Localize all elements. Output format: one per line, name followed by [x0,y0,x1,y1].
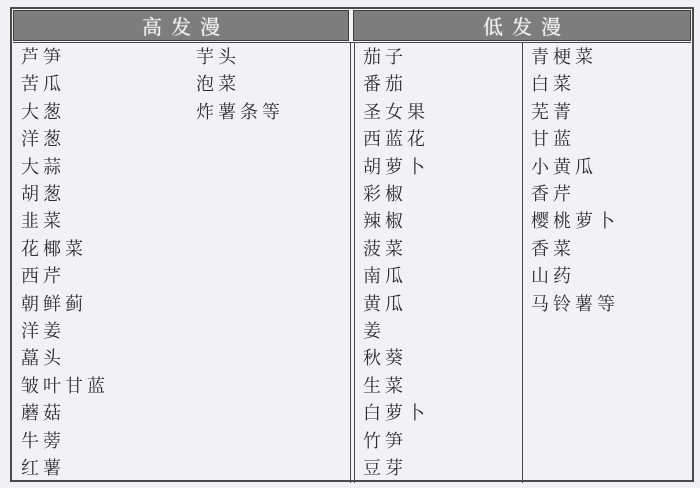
food-item: 芦笋 [21,44,188,71]
food-item: 蘑菇 [21,400,188,427]
food-item: 芜菁 [531,99,691,126]
low-fodmap-list-2: 青梗菜白菜芜菁甘蓝小黄瓜香芹樱桃萝卜香菜山药马铃薯等 [523,43,691,318]
food-item: 洋葱 [21,126,188,153]
food-item: 西蓝花 [363,126,522,153]
low-fodmap-subcell-2: 青梗菜白菜芜菁甘蓝小黄瓜香芹樱桃萝卜香菜山药马铃薯等 [523,43,691,483]
food-item: 花椰菜 [21,236,188,263]
food-item: 牛蒡 [21,428,188,455]
food-item: 香芹 [531,181,691,208]
food-item: 胡葱 [21,181,188,208]
food-item: 菠菜 [363,236,522,263]
page: { "table": { "header_left": "高发漫", "head… [0,0,700,488]
food-item: 黄瓜 [363,291,522,318]
food-item: 小黄瓜 [531,154,691,181]
food-item: 藠头 [21,345,188,372]
high-fodmap-cell: 芦笋苦瓜大葱洋葱大蒜胡葱韭菜花椰菜西芹朝鲜蓟洋姜藠头皱叶甘蓝蘑菇牛蒡红薯 芋头泡… [13,43,351,483]
high-fodmap-list-1: 芦笋苦瓜大葱洋葱大蒜胡葱韭菜花椰菜西芹朝鲜蓟洋姜藠头皱叶甘蓝蘑菇牛蒡红薯 [13,43,188,483]
food-item: 西芹 [21,263,188,290]
food-item: 山药 [531,263,691,290]
food-item: 番茄 [363,71,522,98]
food-item: 甘蓝 [531,126,691,153]
food-item: 泡菜 [196,71,350,98]
food-item: 朝鲜蓟 [21,291,188,318]
food-item: 马铃薯等 [531,291,691,318]
food-item: 红薯 [21,455,188,482]
food-item: 豆芽 [363,455,522,482]
food-item: 南瓜 [363,263,522,290]
table-header-row: 高发漫 低发漫 [13,10,691,41]
low-fodmap-subcell-1: 茄子番茄圣女果西蓝花胡萝卜彩椒辣椒菠菜南瓜黄瓜姜秋葵生菜白萝卜竹笋豆芽 [355,43,523,483]
low-fodmap-cell: 茄子番茄圣女果西蓝花胡萝卜彩椒辣椒菠菜南瓜黄瓜姜秋葵生菜白萝卜竹笋豆芽 青梗菜白… [354,43,691,483]
header-low-fodmap: 低发漫 [353,10,691,41]
food-item: 皱叶甘蓝 [21,373,188,400]
fodmap-foods-table: 高发漫 低发漫 芦笋苦瓜大葱洋葱大蒜胡葱韭菜花椰菜西芹朝鲜蓟洋姜藠头皱叶甘蓝蘑菇… [10,7,694,482]
food-item: 洋姜 [21,318,188,345]
food-item: 胡萝卜 [363,154,522,181]
food-item: 大蒜 [21,154,188,181]
food-item: 芋头 [196,44,350,71]
table-body: 芦笋苦瓜大葱洋葱大蒜胡葱韭菜花椰菜西芹朝鲜蓟洋姜藠头皱叶甘蓝蘑菇牛蒡红薯 芋头泡… [13,42,691,483]
food-item: 白菜 [531,71,691,98]
food-item: 青梗菜 [531,44,691,71]
food-item: 秋葵 [363,345,522,372]
food-item: 白萝卜 [363,400,522,427]
food-item: 圣女果 [363,99,522,126]
food-item: 大葱 [21,99,188,126]
high-fodmap-list-2: 芋头泡菜炸薯条等 [188,43,350,483]
food-item: 茄子 [363,44,522,71]
header-high-fodmap: 高发漫 [13,10,349,41]
food-item: 香菜 [531,236,691,263]
food-item: 辣椒 [363,208,522,235]
food-item: 竹笋 [363,428,522,455]
food-item: 韭菜 [21,208,188,235]
food-item: 炸薯条等 [196,99,350,126]
food-item: 樱桃萝卜 [531,208,691,235]
low-fodmap-list-1: 茄子番茄圣女果西蓝花胡萝卜彩椒辣椒菠菜南瓜黄瓜姜秋葵生菜白萝卜竹笋豆芽 [355,43,522,483]
food-item: 苦瓜 [21,71,188,98]
food-item: 生菜 [363,373,522,400]
food-item: 姜 [363,318,522,345]
food-item: 彩椒 [363,181,522,208]
